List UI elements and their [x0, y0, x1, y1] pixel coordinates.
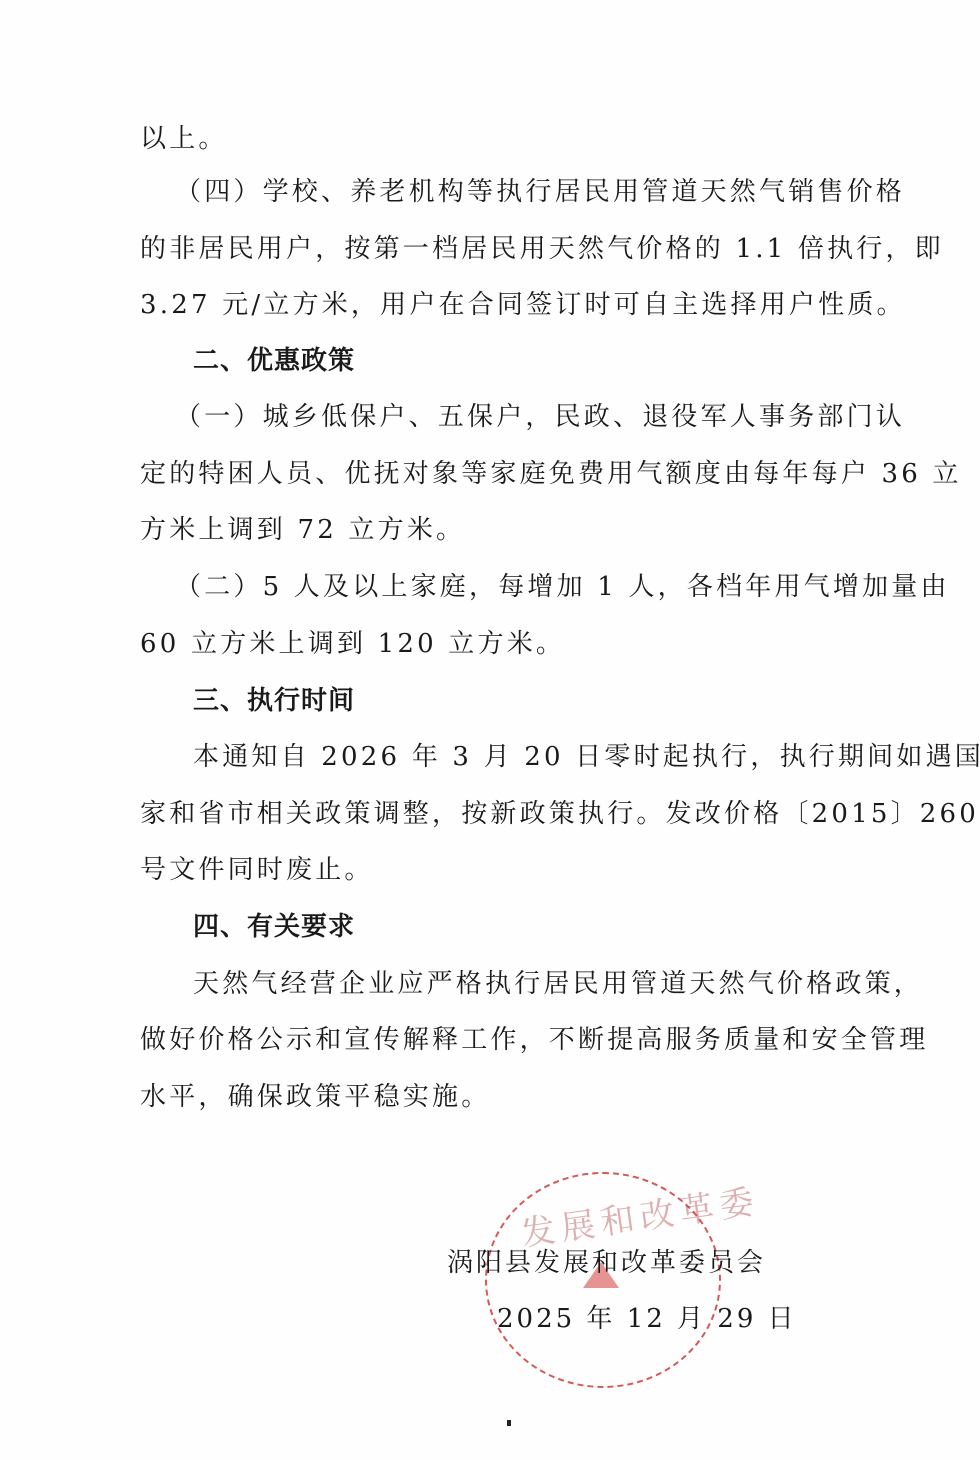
paragraph-line: 60 立方米上调到 120 立方米。	[140, 627, 880, 661]
page-mark	[507, 1420, 511, 1426]
paragraph-line: 定的特困人员、优抚对象等家庭免费用气额度由每年每户 36 立	[140, 457, 880, 491]
issue-date: 2025 年 12 月 29 日	[497, 1298, 797, 1335]
paragraph-line: 水平，确保政策平稳实施。	[140, 1080, 880, 1114]
paragraph-line: 方米上调到 72 立方米。	[140, 513, 880, 547]
paragraph-line: 3.27 元/立方米，用户在合同签订时可自主选择用户性质。	[140, 288, 880, 322]
paragraph-line: 号文件同时废止。	[140, 853, 880, 887]
paragraph-line: 本通知自 2026 年 3 月 20 日零时起执行，执行期间如遇国	[193, 740, 933, 774]
paragraph-line: （一）城乡低保户、五保户，民政、退役军人事务部门认	[175, 400, 915, 434]
paragraph-line: 天然气经营企业应严格执行居民用管道天然气价格政策，	[193, 967, 933, 1001]
document-page: 以上。 （四）学校、养老机构等执行居民用管道天然气销售价格 的非居民用户，按第一…	[0, 0, 980, 1460]
paragraph-line: （四）学校、养老机构等执行居民用管道天然气销售价格	[175, 175, 915, 209]
paragraph-line: （二）5 人及以上家庭，每增加 1 人，各档年用气增加量由	[175, 570, 915, 604]
paragraph-line: 以上。	[140, 122, 880, 156]
section-heading: 二、优惠政策	[193, 344, 933, 378]
paragraph-line: 的非居民用户，按第一档居民用天然气价格的 1.1 倍执行，即	[140, 232, 880, 266]
issuing-organization: 涡阳县发展和改革委员会	[447, 1242, 766, 1279]
section-heading: 四、有关要求	[193, 910, 933, 944]
section-heading: 三、执行时间	[193, 684, 933, 718]
paragraph-line: 做好价格公示和宣传解释工作，不断提高服务质量和安全管理	[140, 1023, 880, 1057]
paragraph-line: 家和省市相关政策调整，按新政策执行。发改价格〔2015〕260	[140, 797, 880, 831]
